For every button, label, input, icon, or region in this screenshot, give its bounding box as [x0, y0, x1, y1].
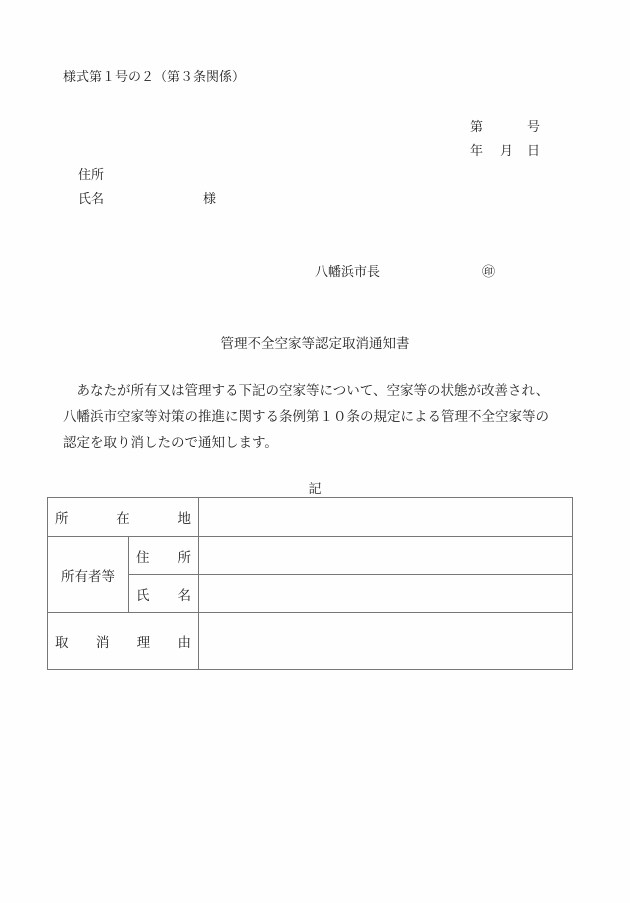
location-label: 所 在 地: [48, 498, 199, 537]
table-row-location: 所 在 地: [48, 498, 573, 537]
document-date: 年月日: [470, 140, 540, 159]
issuer-title: 八幡浜市長: [315, 261, 380, 280]
table-row-owner-address: 所有者等 住 所: [48, 537, 573, 575]
body-line-1: あなたが所有又は管理する下記の空家等について、空家等の状態が改善され、: [63, 378, 573, 404]
recipient-name-label: 氏名: [78, 188, 104, 207]
reason-value[interactable]: [199, 613, 573, 670]
owner-label: 所有者等: [48, 537, 129, 613]
owner-address-label: 住 所: [129, 537, 199, 575]
ki-label: 記: [0, 478, 630, 497]
date-year: 年: [470, 140, 500, 159]
document-number: 第 号: [470, 116, 540, 135]
document-number-suffix: 号: [527, 116, 540, 135]
reason-label: 取 消 理 由: [48, 613, 199, 670]
owner-name-label: 氏 名: [129, 575, 199, 613]
date-day: 日: [527, 140, 540, 159]
owner-address-value[interactable]: [199, 537, 573, 575]
body-text: あなたが所有又は管理する下記の空家等について、空家等の状態が改善され、 八幡浜市…: [63, 378, 573, 456]
document-number-prefix: 第: [470, 120, 483, 135]
form-number: 様式第１号の２（第３条関係）: [63, 66, 245, 85]
recipient-address-label: 住所: [78, 164, 104, 183]
table-row-reason: 取 消 理 由: [48, 613, 573, 670]
seal-icon: ㊞: [482, 261, 495, 280]
location-value[interactable]: [199, 498, 573, 537]
document-title: 管理不全空家等認定取消通知書: [0, 332, 630, 352]
recipient-honorific: 様: [203, 188, 216, 207]
body-line-2: 八幡浜市空家等対策の推進に関する条例第１０条の規定による管理不全空家等の: [63, 404, 573, 430]
body-line-3: 認定を取り消したので通知します。: [63, 430, 573, 456]
info-table: 所 在 地 所有者等 住 所 氏 名 取 消: [47, 497, 573, 670]
owner-name-value[interactable]: [199, 575, 573, 613]
date-month: 月: [500, 140, 527, 159]
